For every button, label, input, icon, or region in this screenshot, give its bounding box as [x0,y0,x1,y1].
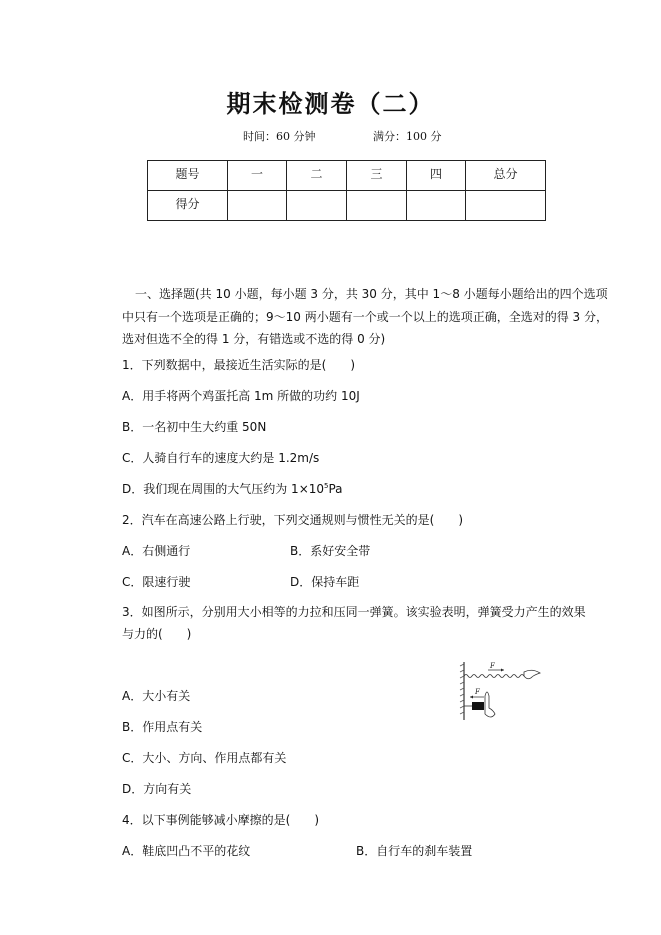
page-title: 期末检测卷（二） [0,84,661,119]
question-1-option-d: D．我们现在周围的大气压约为 1×105Pa [122,480,343,497]
question-3-option-a: A．大小有关 [122,687,190,704]
question-4-option-a: A．鞋底凹凸不平的花纹 [122,842,250,859]
spring-experiment-figure: F F [458,660,542,722]
svg-text:F: F [474,688,481,696]
table-cell: 一 [228,161,287,191]
question-2-stem: 2．汽车在高速公路上行驶，下列交通规则与惯性无关的是( ) [122,511,463,528]
score-table-score-row: 得分 [148,191,546,221]
section-intro-line: 选对但选不全的得 1 分，有错选或不选的得 0 分) [122,330,385,347]
score-cell[interactable] [466,191,546,221]
table-cell: 二 [287,161,347,191]
score-cell[interactable] [347,191,407,221]
unit: Pa [328,482,342,496]
question-1-option-c: C．人骑自行车的速度大约是 1.2m/s [122,449,319,466]
section-intro-line: 一、选择题(共 10 小题，每小题 3 分，共 30 分，其中 1～8 小题每小… [135,285,608,302]
score-table-header-row: 题号 一 二 三 四 总分 [148,161,546,191]
question-3-stem-line-2: 与力的( ) [122,625,191,642]
score-cell[interactable] [287,191,347,221]
score-table: 题号 一 二 三 四 总分 得分 [147,160,546,221]
table-cell: 三 [347,161,407,191]
table-cell: 四 [407,161,466,191]
question-3-option-b: B．作用点有关 [122,718,202,735]
question-2-option-d: D．保持车距 [290,573,359,590]
question-2-option-c: C．限速行驶 [122,573,190,590]
table-cell: 题号 [148,161,228,191]
question-2-option-a: A．右侧通行 [122,542,190,559]
svg-text:F: F [489,662,496,670]
option-text: D．我们现在周围的大气压约为 1×10 [122,482,324,496]
question-3-stem-line-1: 3．如图所示，分别用大小相等的力拉和压同一弹簧。该实验表明，弹簧受力产生的效果 [122,603,586,620]
question-4-stem: 4．以下事例能够减小摩擦的是( ) [122,811,319,828]
question-3-option-c: C．大小、方向、作用点都有关 [122,749,286,766]
question-2-option-b: B．系好安全带 [290,542,370,559]
table-cell: 得分 [148,191,228,221]
question-3-option-d: D．方向有关 [122,780,191,797]
full-score: 满分：100 分 [373,128,442,144]
exam-time: 时间：60 分钟 [243,128,316,144]
question-1-stem: 1．下列数据中，最接近生活实际的是( ) [122,356,355,373]
section-intro-line: 中只有一个选项是正确的；9～10 两小题有一个或一个以上的选项正确，全选对的得 … [122,308,608,325]
question-1-option-b: B．一名初中生大约重 50N [122,418,266,435]
score-cell[interactable] [228,191,287,221]
question-4-option-b: B．自行车的刹车装置 [356,842,472,859]
question-1-option-a: A．用手将两个鸡蛋托高 1m 所做的功约 10J [122,387,360,404]
table-cell: 总分 [466,161,546,191]
score-cell[interactable] [407,191,466,221]
